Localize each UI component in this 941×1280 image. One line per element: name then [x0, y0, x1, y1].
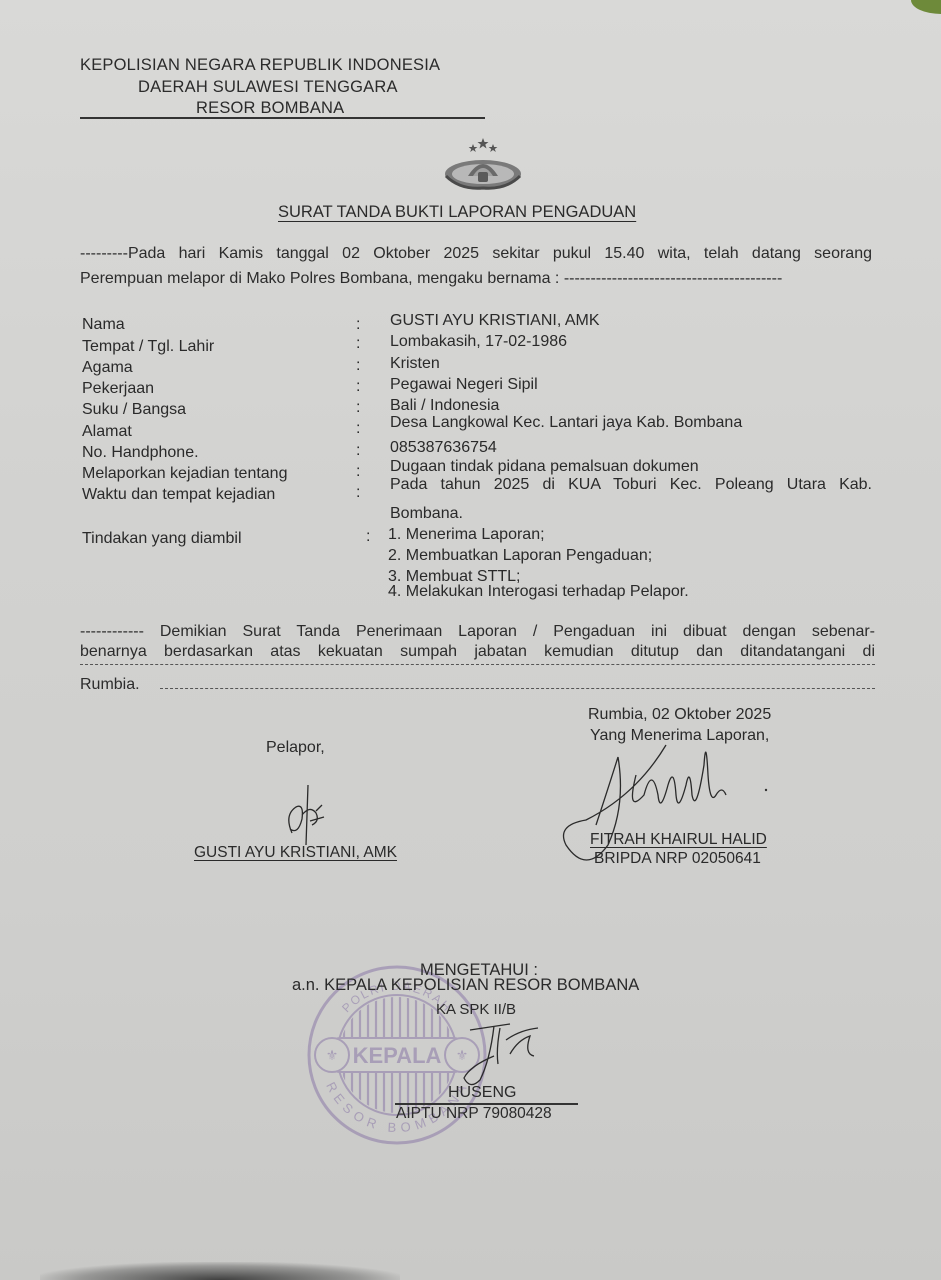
- detail-value-incident: Dugaan tindak pidana pemalsuan dokumen: [390, 458, 699, 476]
- detail-value-time-place: Pada tahun 2025 di KUA Toburi Kec. Polea…: [390, 476, 872, 494]
- detail-label: No. Handphone.: [82, 444, 199, 462]
- detail-label: Pekerjaan: [82, 380, 154, 398]
- detail-label: Suku / Bangsa: [82, 401, 186, 419]
- letterhead-rule: [80, 117, 485, 119]
- detail-colon: :: [356, 378, 360, 396]
- detail-colon: :: [356, 399, 360, 417]
- reporter-name: GUSTI AYU KRISTIANI, AMK: [194, 844, 397, 862]
- detail-label: Alamat: [82, 423, 132, 441]
- detail-label: Agama: [82, 359, 133, 377]
- document-page: KEPOLISIAN NEGARA REPUBLIK INDONESIA DAE…: [0, 0, 941, 1280]
- stamp-center-text: KEPALA: [353, 1043, 442, 1068]
- ack-position: KA SPK II/B: [436, 1001, 516, 1018]
- closing-dash-rule: [80, 664, 875, 665]
- closing-line-1: ------------ Demikian Surat Tanda Peneri…: [80, 623, 875, 641]
- detail-label: Tempat / Tgl. Lahir: [82, 338, 214, 356]
- reporter-signature-icon: [282, 785, 330, 847]
- closing-dash-rule-2: [160, 688, 875, 689]
- ack-name: HUSENG: [448, 1084, 516, 1102]
- action-item: 2. Membuatkan Laporan Pengaduan;: [388, 547, 652, 565]
- opening-line-2: Perempuan melapor di Mako Polres Bombana…: [80, 270, 782, 288]
- police-emblem-icon: [440, 136, 526, 192]
- receiver-place-date: Rumbia, 02 Oktober 2025: [588, 706, 771, 724]
- detail-value-religion: Kristen: [390, 355, 440, 373]
- detail-colon: :: [356, 463, 360, 481]
- background-corner: [911, 0, 941, 14]
- detail-value-time-place-cont: Bombana.: [390, 505, 463, 523]
- actions-label: Tindakan yang diambil: [82, 530, 242, 548]
- detail-colon: :: [356, 316, 360, 334]
- letterhead-line-1: KEPOLISIAN NEGARA REPUBLIK INDONESIA: [80, 56, 440, 75]
- ack-signature-icon: [450, 1020, 550, 1090]
- ack-on-behalf: a.n. KEPALA KEPOLISIAN RESOR BOMBANA: [292, 976, 639, 995]
- receiver-name: FITRAH KHAIRUL HALID: [590, 831, 767, 849]
- detail-colon: :: [356, 335, 360, 353]
- detail-label: Melaporkan kejadian tentang: [82, 465, 287, 483]
- closing-line-2: benarnya berdasarkan atas kekuatan sumpa…: [80, 643, 875, 661]
- detail-value-address: Desa Langkowal Kec. Lantari jaya Kab. Bo…: [390, 414, 742, 432]
- detail-value-occupation: Pegawai Negeri Sipil: [390, 376, 538, 394]
- detail-value-birth: Lombakasih, 17-02-1986: [390, 333, 567, 351]
- detail-value-ethnicity: Bali / Indonesia: [390, 397, 499, 415]
- detail-colon: :: [356, 442, 360, 460]
- photo-shadow: [40, 1262, 400, 1280]
- action-item: 1. Menerima Laporan;: [388, 526, 545, 544]
- detail-value-phone: 085387636754: [390, 439, 497, 457]
- document-title: SURAT TANDA BUKTI LAPORAN PENGADUAN: [278, 203, 636, 222]
- closing-line-3: Rumbia.: [80, 676, 140, 694]
- action-item: 4. Melakukan Interogasi terhadap Pelapor…: [388, 583, 689, 601]
- opening-line-1: ---------Pada hari Kamis tanggal 02 Okto…: [80, 245, 872, 263]
- detail-label: Nama: [82, 316, 125, 334]
- detail-colon: :: [356, 357, 360, 375]
- ack-rank-nrp: AIPTU NRP 79080428: [396, 1105, 552, 1123]
- detail-label: Waktu dan tempat kejadian: [82, 486, 275, 504]
- actions-colon: :: [366, 528, 370, 546]
- detail-colon: :: [356, 484, 360, 502]
- letterhead-line-2: DAERAH SULAWESI TENGGARA: [138, 78, 398, 97]
- svg-text:⚜: ⚜: [326, 1047, 339, 1063]
- receiver-rank-nrp: BRIPDA NRP 02050641: [594, 850, 761, 868]
- detail-value-name: GUSTI AYU KRISTIANI, AMK: [390, 312, 600, 330]
- letterhead-line-3: RESOR BOMBANA: [196, 99, 344, 118]
- detail-colon: :: [356, 420, 360, 438]
- reporter-role: Pelapor,: [266, 739, 325, 757]
